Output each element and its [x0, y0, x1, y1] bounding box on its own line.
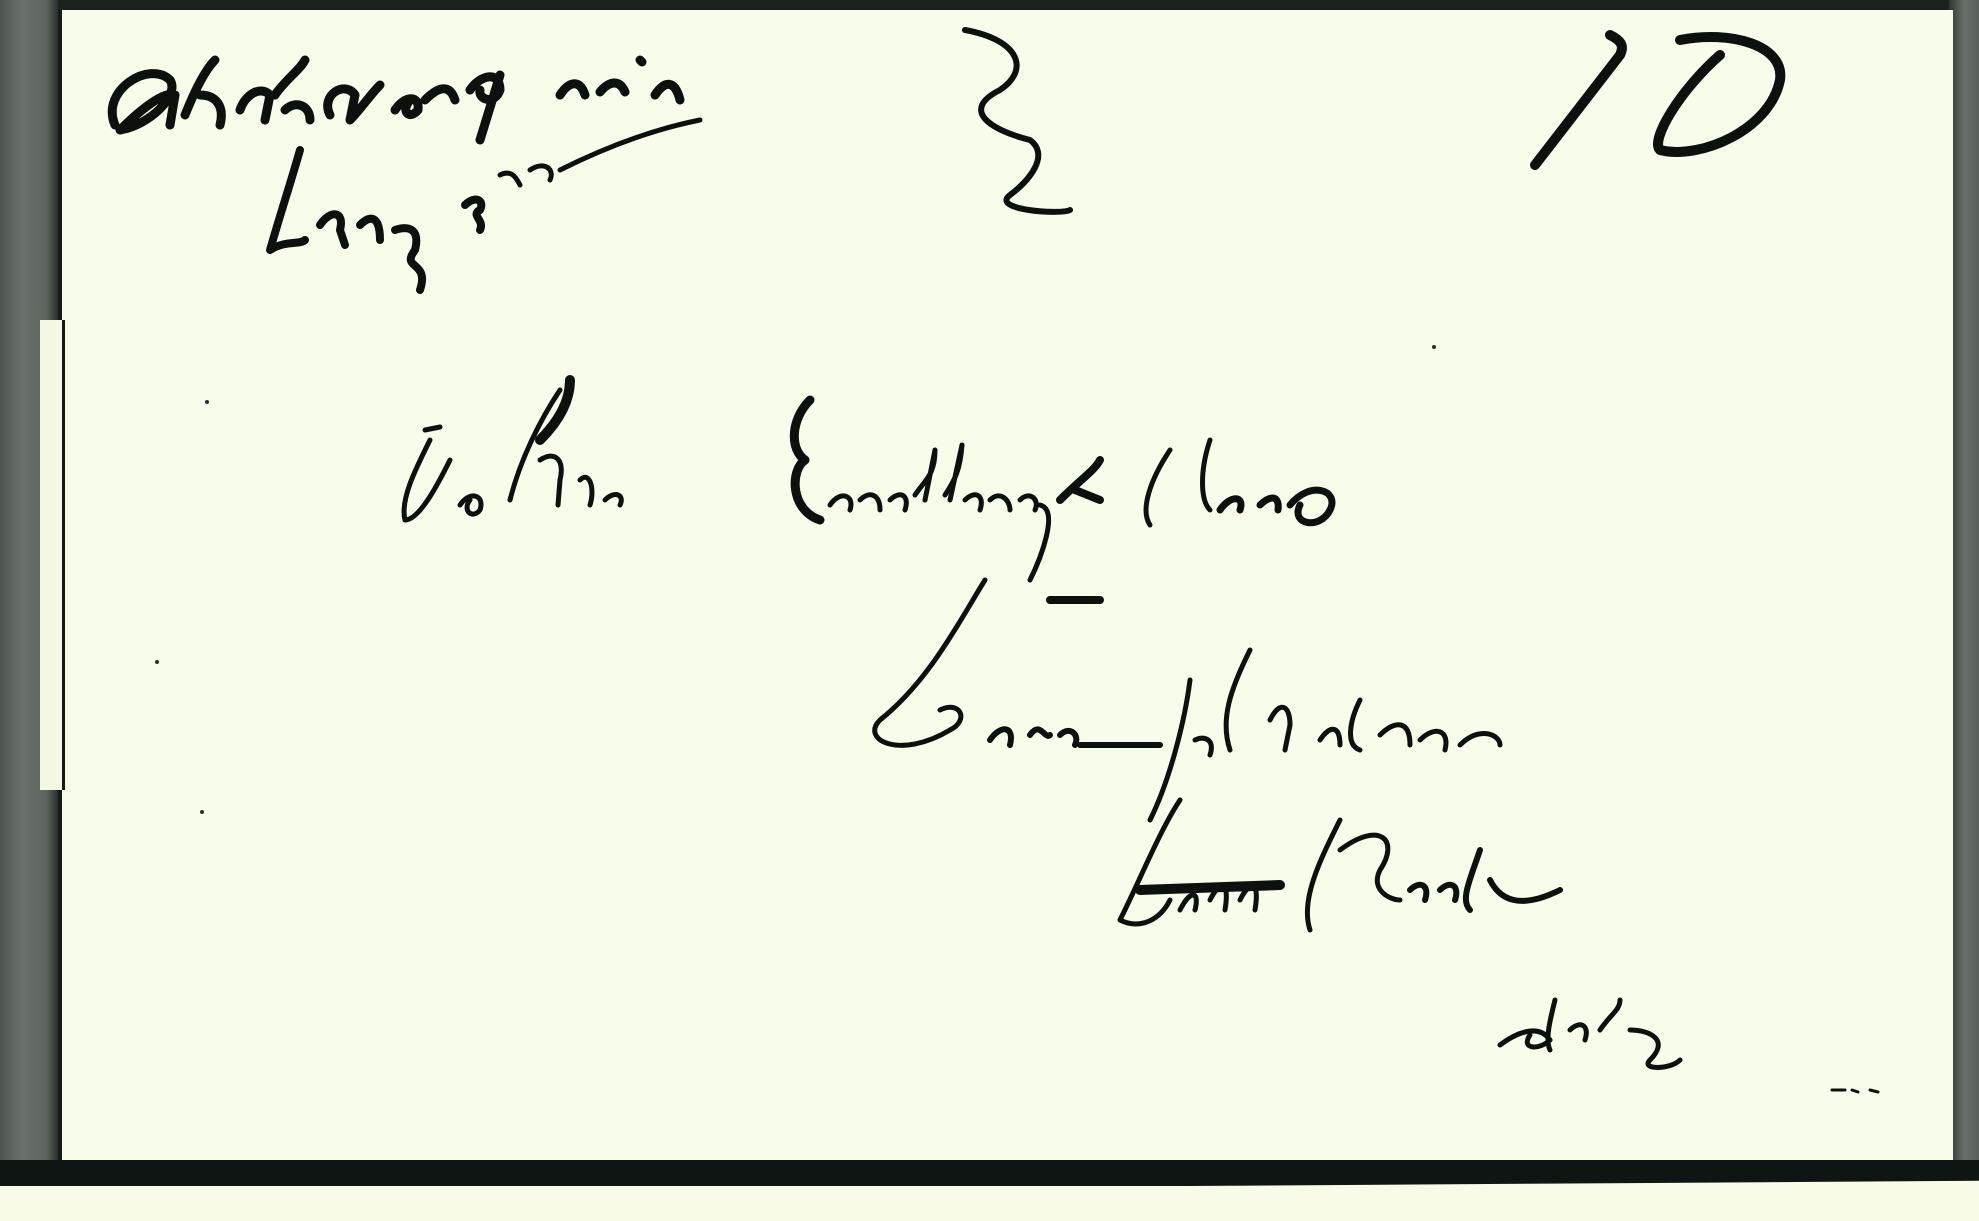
- paper-speck: [200, 810, 204, 814]
- address-line3-ink: [1120, 800, 1560, 930]
- postmark-town-ink: [112, 30, 1070, 212]
- paper-speck: [155, 660, 159, 664]
- rate-ink: [1535, 35, 1780, 165]
- paper-speck: [1432, 345, 1436, 349]
- corner-mark-ink: [1832, 1090, 1878, 1092]
- address-line2-ink: [875, 580, 1500, 820]
- paper-speck: [205, 400, 209, 404]
- address-line4-ink: [1500, 1000, 1680, 1068]
- address-line1-ink: [404, 380, 1332, 600]
- handwriting-ink: [0, 0, 1979, 1221]
- postmark-date-ink: [270, 120, 700, 290]
